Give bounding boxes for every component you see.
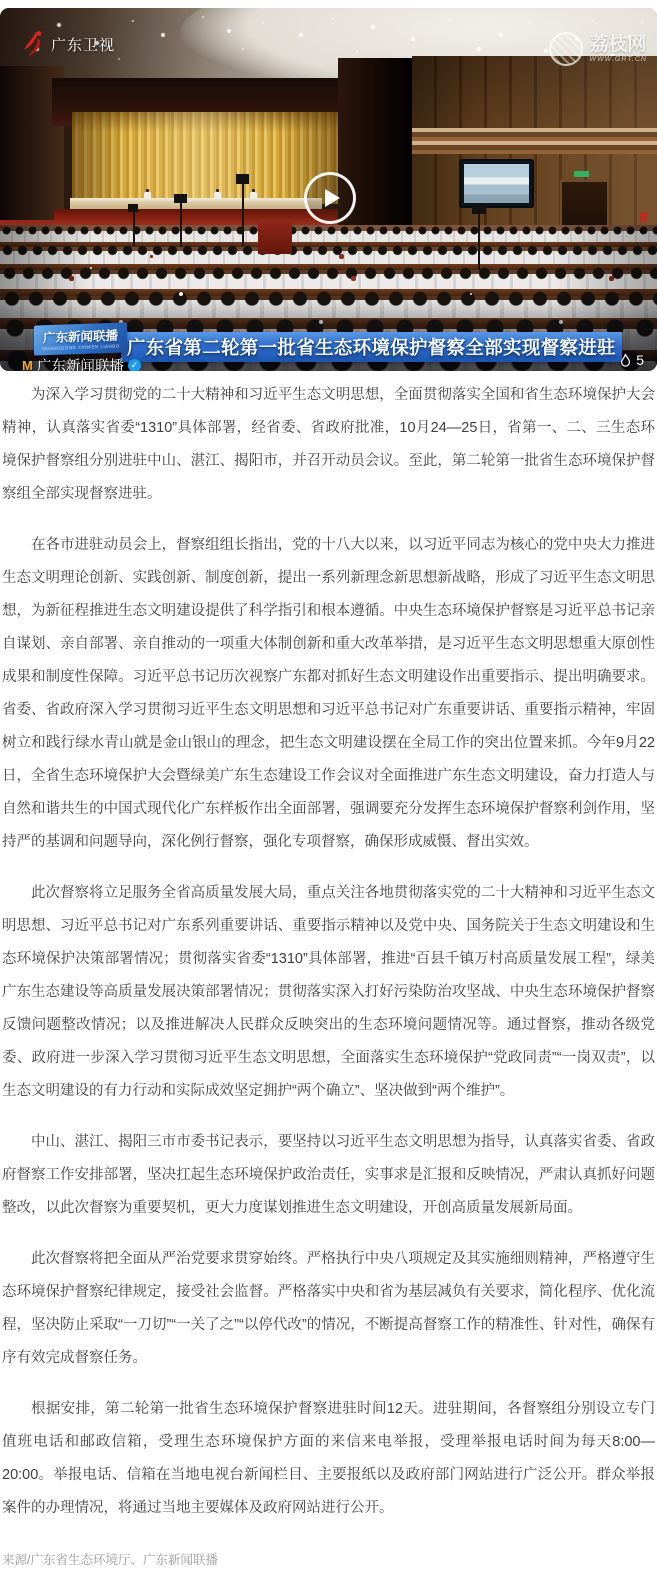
article-paragraph: 中山、湛江、揭阳三市市委书记表示，要坚持以习近平生态文明思想为指导，认真落实省委… — [2, 1126, 655, 1225]
watermark-name: 荔枝网 — [589, 35, 647, 54]
speaker-figure — [250, 192, 257, 198]
exit-sign — [574, 171, 589, 177]
article-paragraph: 此次督察将立足服务全省高质量发展大局，重点关注各地贯彻落实党的二十大精神和习近平… — [2, 877, 655, 1108]
like-count: 5 — [636, 352, 644, 368]
desk-row — [0, 242, 657, 247]
audience-row — [0, 251, 657, 264]
ceiling-lights — [0, 8, 2, 10]
watermark-url: WWW.GRT.CN — [589, 56, 647, 63]
program-logo-line1: 广东新闻联播 — [43, 326, 118, 347]
account-row[interactable]: M 广东新闻联播 ✓ — [22, 355, 141, 371]
tv-camera-tripod — [236, 174, 249, 184]
screen-image — [464, 164, 529, 203]
video-player[interactable]: 广东卫视 荔枝网 WWW.GRT.CN 广东新闻联播 GUANGDONG XIN… — [0, 8, 657, 371]
tv-camera-tripod — [174, 194, 187, 203]
speaker-figure — [144, 192, 151, 198]
headline-banner: 广东省第二轮第一批省生态环境保护督察全部实现督察进驻 — [121, 332, 622, 362]
article-paragraph: 根据安排，第二轮第一批省生态环境保护督察进驻时间12天。进驻期间，各督察组分别设… — [2, 1393, 655, 1525]
play-button[interactable] — [304, 172, 356, 224]
audience-row-heads — [0, 226, 657, 236]
audience-row — [0, 231, 657, 242]
article-paragraph: 此次督察将把全面从严治党要求贯穿始终。严格执行中央八项规定及其实施细则精神，严格… — [2, 1243, 655, 1375]
channel-logo: 广东卫视 — [22, 30, 115, 58]
desk-row — [0, 289, 657, 296]
guangdong-tv-icon — [22, 30, 46, 58]
video-conference-screen — [461, 161, 532, 206]
desk-row — [0, 264, 657, 270]
tv-camera-tripod — [472, 204, 486, 214]
account-avatar-icon: M — [22, 358, 33, 371]
account-name[interactable]: 广东新闻联播 — [37, 355, 124, 371]
verified-badge-icon: ✓ — [128, 359, 141, 371]
audience-row — [0, 274, 657, 289]
audience-row-heads — [0, 267, 657, 281]
headline-text: 广东省第二轮第一批省生态环境保护督察全部实现督察进驻 — [127, 334, 616, 360]
like-counter[interactable]: 5 — [619, 352, 644, 368]
speaker-figure — [214, 192, 221, 198]
tv-camera-tripod — [128, 204, 138, 212]
article-body: 为深入学习贯彻党的二十大精神和习近平生态文明思想，全面贯彻落实全国和省生态环境保… — [0, 371, 657, 1586]
article-source: 来源/广东省生态环境厅、广东新闻联播 — [2, 1551, 655, 1570]
channel-logo-label: 广东卫视 — [51, 34, 115, 55]
program-logo-badge: 广东新闻联播 GUANGDONG XINWEN LIANBO — [34, 322, 127, 355]
site-watermark: 荔枝网 WWW.GRT.CN — [549, 32, 647, 66]
news-article-page: 广东卫视 荔枝网 WWW.GRT.CN 广东新闻联播 GUANGDONG XIN… — [0, 0, 657, 1586]
flame-icon — [619, 353, 632, 368]
article-paragraph: 为深入学习贯彻党的二十大精神和习近平生态文明思想，全面贯彻落实全国和省生态环境保… — [2, 379, 655, 511]
red-chairs — [0, 225, 3, 228]
audience-row-heads — [0, 245, 657, 257]
wall-cornice — [412, 128, 657, 154]
wall-fixture — [640, 212, 647, 222]
lychee-globe-icon — [549, 32, 583, 66]
stage-gold-curtain — [72, 112, 338, 204]
article-paragraph: 在各市进驻动员会上，督察组组长指出，党的十八大以来，以习近平同志为核心的党中央大… — [2, 529, 655, 859]
desk-cups — [0, 225, 2, 227]
center-aisle — [258, 222, 292, 254]
